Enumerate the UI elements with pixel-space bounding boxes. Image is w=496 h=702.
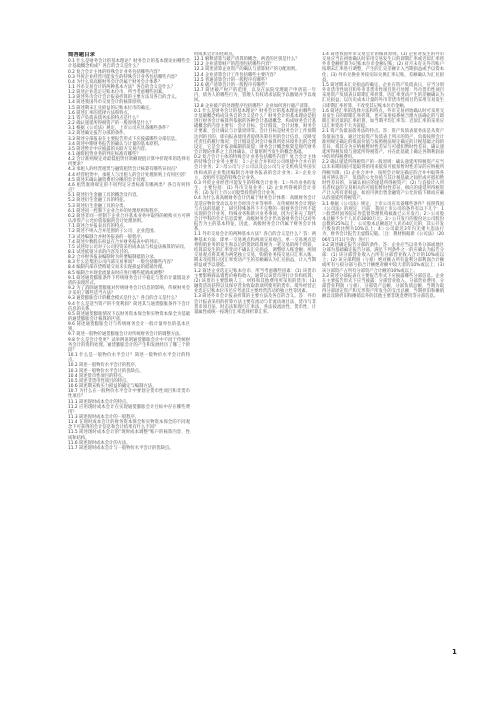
column-3: 1.4 简述我国外币交易会计的核算原则。(1) 企业对发生的外币交易应当在初始确… (322, 52, 444, 642)
item-number: 0.2 (194, 155, 201, 160)
answer-list-continued: 1.4 简述我国外币交易会计的核算原则。(1) 企业对发生的外币交易应当在初始确… (322, 52, 444, 300)
item-number: 1.3 (194, 294, 201, 299)
question-item: 10.7 为什么在一般物价水平会计中要划分货币性项目和非货币性项目？ (68, 389, 190, 399)
column-2: 时成本会计的优缺点。 12.1 解释清算与破产清算的概念，两者的区别是什么？12… (194, 52, 316, 642)
question-item: 4.6 租赁准则规定的不同判定分类标准有哪两类？各自有何特点？ (68, 183, 190, 193)
question-item: 9.6 简述通货膨胀会计与传统财务会计一般计量单位的基本区别。 (68, 322, 190, 332)
item-number: 0.4 (194, 196, 201, 201)
question-list-continued: 12.1 解释清算与破产清算的概念，两者的区别是什么？12.2 企业清算财产的范… (194, 57, 316, 109)
item-number: 12.7 (194, 88, 204, 93)
item-number: 1.1 (194, 232, 201, 237)
page-number: 1 (452, 648, 457, 656)
question-item: 9.4 什么是适当资产的不变利润？简述其与通货膨胀条件下会计信息的关系。 (68, 302, 190, 312)
item-number: 9.4 (68, 302, 75, 307)
question-item: 3.3 简述分部报表在主要报告形式下应披露哪些分部信息。 (68, 137, 190, 142)
answer-item: 1.3 简述外币会计报表折算的主要方法及各自的含义。答：外币会计报表采用的折算方… (194, 294, 316, 315)
answer-item: 0.3 外贸企业经营可能发生的特殊会计业务：1＞外币业务的发生，主要包括：(1)… (194, 181, 316, 196)
question-item: 9.8 什么是会计变更？试举例说明通货膨胀会计中不同于传统财务会计的资料处理。通… (68, 338, 190, 353)
item-number: 4.2 (68, 157, 75, 162)
question-item: 11.2 应用现时成本会计在实现通货膨胀会计目标中存在哪些费用？ (68, 405, 190, 415)
column-1: 简答题目录 0.1 什么是财务会计的基本理论？财务会计的基本理论由哪些会计基础概… (68, 52, 190, 642)
item-number: 0.1 (68, 59, 75, 64)
answer-item: 3.2 简述确定报告分部的条件。答：企业应当以业务分部或地区分部为基础确定报告分… (322, 243, 444, 274)
item-number: 2.2 (322, 160, 329, 165)
question-item: 9.2 为了消除通货膨胀对传统财务会计信息的影响，传统财务会计采用了哪些适当方法… (68, 286, 190, 296)
question-item: 4.2 会计准则规定对最低租赁付款额现值计算中折现率的选择有何要求？ (68, 157, 190, 167)
question-item: 11.7 简述现时成本会计与一般物价水平会计的优缺点。 (68, 446, 190, 451)
item-number: 0.3 (194, 181, 201, 186)
item-number: 1.2 (194, 269, 201, 274)
answer-item: 1.2 简述企业选定记账本位币、所当考虑哪些因素：(1) 该货币主要影响商品销售… (194, 269, 316, 295)
item-number: 1.5 (322, 83, 329, 88)
question-item: 0.1 什么是财务会计的基本理论？财务会计的基本理论由哪些会计基础概念构成？各自… (68, 59, 190, 69)
question-item: 11.4 在现时成本会计的财务资本保全和实物资本保全的不同观念下可获得的会计信息… (68, 420, 190, 430)
item-number: 11.2 (68, 405, 78, 410)
item-number: 9.1 (68, 276, 75, 281)
item-number: 9.2 (68, 286, 75, 291)
item-number: 11.4 (68, 420, 78, 425)
item-number: 10.1 (68, 353, 78, 358)
question-item: 9.1 简述通货膨胀条件下传统财务会计不稳定与货币计量假设矛盾的表现形式。 (68, 276, 190, 286)
item-number: 3.1 (322, 202, 329, 207)
item-number: 9.6 (68, 322, 75, 327)
question-item: 11.5 简述现时成本会计的"现时成本调整"账户的核算内容、性质和结构。 (68, 430, 190, 440)
answer-item: 1.5 简述期末汇兑损益的确定。企业在资产负债表日，应当分别外币货币性项目和外币… (322, 83, 444, 109)
page-title: 简答题目录 (68, 52, 190, 58)
question-item: 12.3 简述清算企业资产的确认与清算财产的分配原则。 (194, 67, 316, 72)
question-item: 12.8 企业破产的处理程序包括哪些？企业如何进行破产清算。 (194, 104, 316, 109)
item-number: 0.1 (194, 109, 201, 114)
question-item: 10.1 什么是一般物价水平会计？简述一般物价水平会计的特点。 (68, 353, 190, 363)
item-number: 9.5 (68, 312, 75, 317)
question-item: 12.7 简述破产财产的范围，以及在法院受理破产申请前一年内，债务人的哪些行为，… (194, 88, 316, 103)
item-number: 6.2 (68, 214, 75, 219)
answer-item: 2.2 确认递延所得税资产的一般原则：确认递延所得税资产应当以未来期间很可能取得… (322, 160, 444, 201)
question-item: 9.5 简述通货膨胀情况下以财务资本保全和实物资本保全为基础的通货膨胀会计核算的… (68, 312, 190, 322)
item-number: 11.7 (68, 446, 78, 451)
item-number: 3.2 (322, 243, 329, 248)
answer-item: 0.4 为什么说高级财务会计仍属于财务会计体系：高级财务会计是适应物价变动以及社… (194, 196, 316, 232)
question-item: 9.3 通货膨胀会计的概念模式是什么？各自的含义是什么？ (68, 296, 190, 301)
item-number: 2.1 (322, 129, 329, 134)
answer-item: 1.6 简述汇率的选择方法和特点。外币交易初始确认时可采用交易发生日的即期汇率折… (322, 109, 444, 130)
document-page: 简答题目录 0.1 什么是财务会计的基本理论？财务会计的基本理论由哪些会计基础概… (0, 0, 496, 702)
answer-item: 3.1 根据《公司法》规定，上市公司应具备哪些条件？按照我国《公司法》的规定、目… (322, 202, 444, 243)
answer-item: 1.1 外币交易会计的两种基本方法？各自的含义是什么？答：两种基本方法：即单一交… (194, 232, 316, 268)
item-number: 10.7 (68, 389, 78, 394)
answer-item: 1.4 简述我国外币交易会计的核算原则。(1) 企业对发生的外币交易应当在初始确… (322, 52, 444, 83)
answer-list: 0.1 什么是财务会计的基本理论？财务会计的基本理论由哪些会计基础概念构成及各自… (194, 109, 316, 315)
item-number: 4.6 (68, 183, 75, 188)
answer-item: 2.1 资产负债表债务法的特点。答：资产负债表债务法是从资产负债表出发、通过比较… (322, 129, 444, 160)
answer-item: 0.2 复合会计主体的特殊会计业务包括哪些内容？复合会计主体的特殊会计业务主要有… (194, 155, 316, 181)
item-number: 3.3 (322, 274, 329, 279)
question-item: 6.2 简述非同一控制下企业合并基本业务中取得的被购买方可辨认净资产公允价值依据… (68, 214, 190, 224)
item-number: 9.8 (68, 338, 75, 343)
question-item: 4.3 承租人的经营租赁与融资租赁会计核算有哪些异同点？ (68, 167, 190, 172)
item-number: 11.5 (68, 430, 78, 435)
question-item: 9.7 简述一般物价通货膨胀会计对传统财务会计的调整方法。 (68, 332, 190, 337)
item-number: 1.6 (322, 109, 329, 114)
answer-item: 0.1 什么是财务会计的基本理论？财务会计的基本理论由哪些会计基础概念构成及各自… (194, 109, 316, 155)
question-list: 0.1 什么是财务会计的基本理论？财务会计的基本理论由哪些会计基础概念构成？各自… (68, 59, 190, 451)
item-number: 1.4 (322, 52, 329, 57)
answer-item: 3.3 简述分部报表在主要报告形式下应披露哪些分部信息。企业在主要报告形式下应当… (322, 274, 444, 300)
